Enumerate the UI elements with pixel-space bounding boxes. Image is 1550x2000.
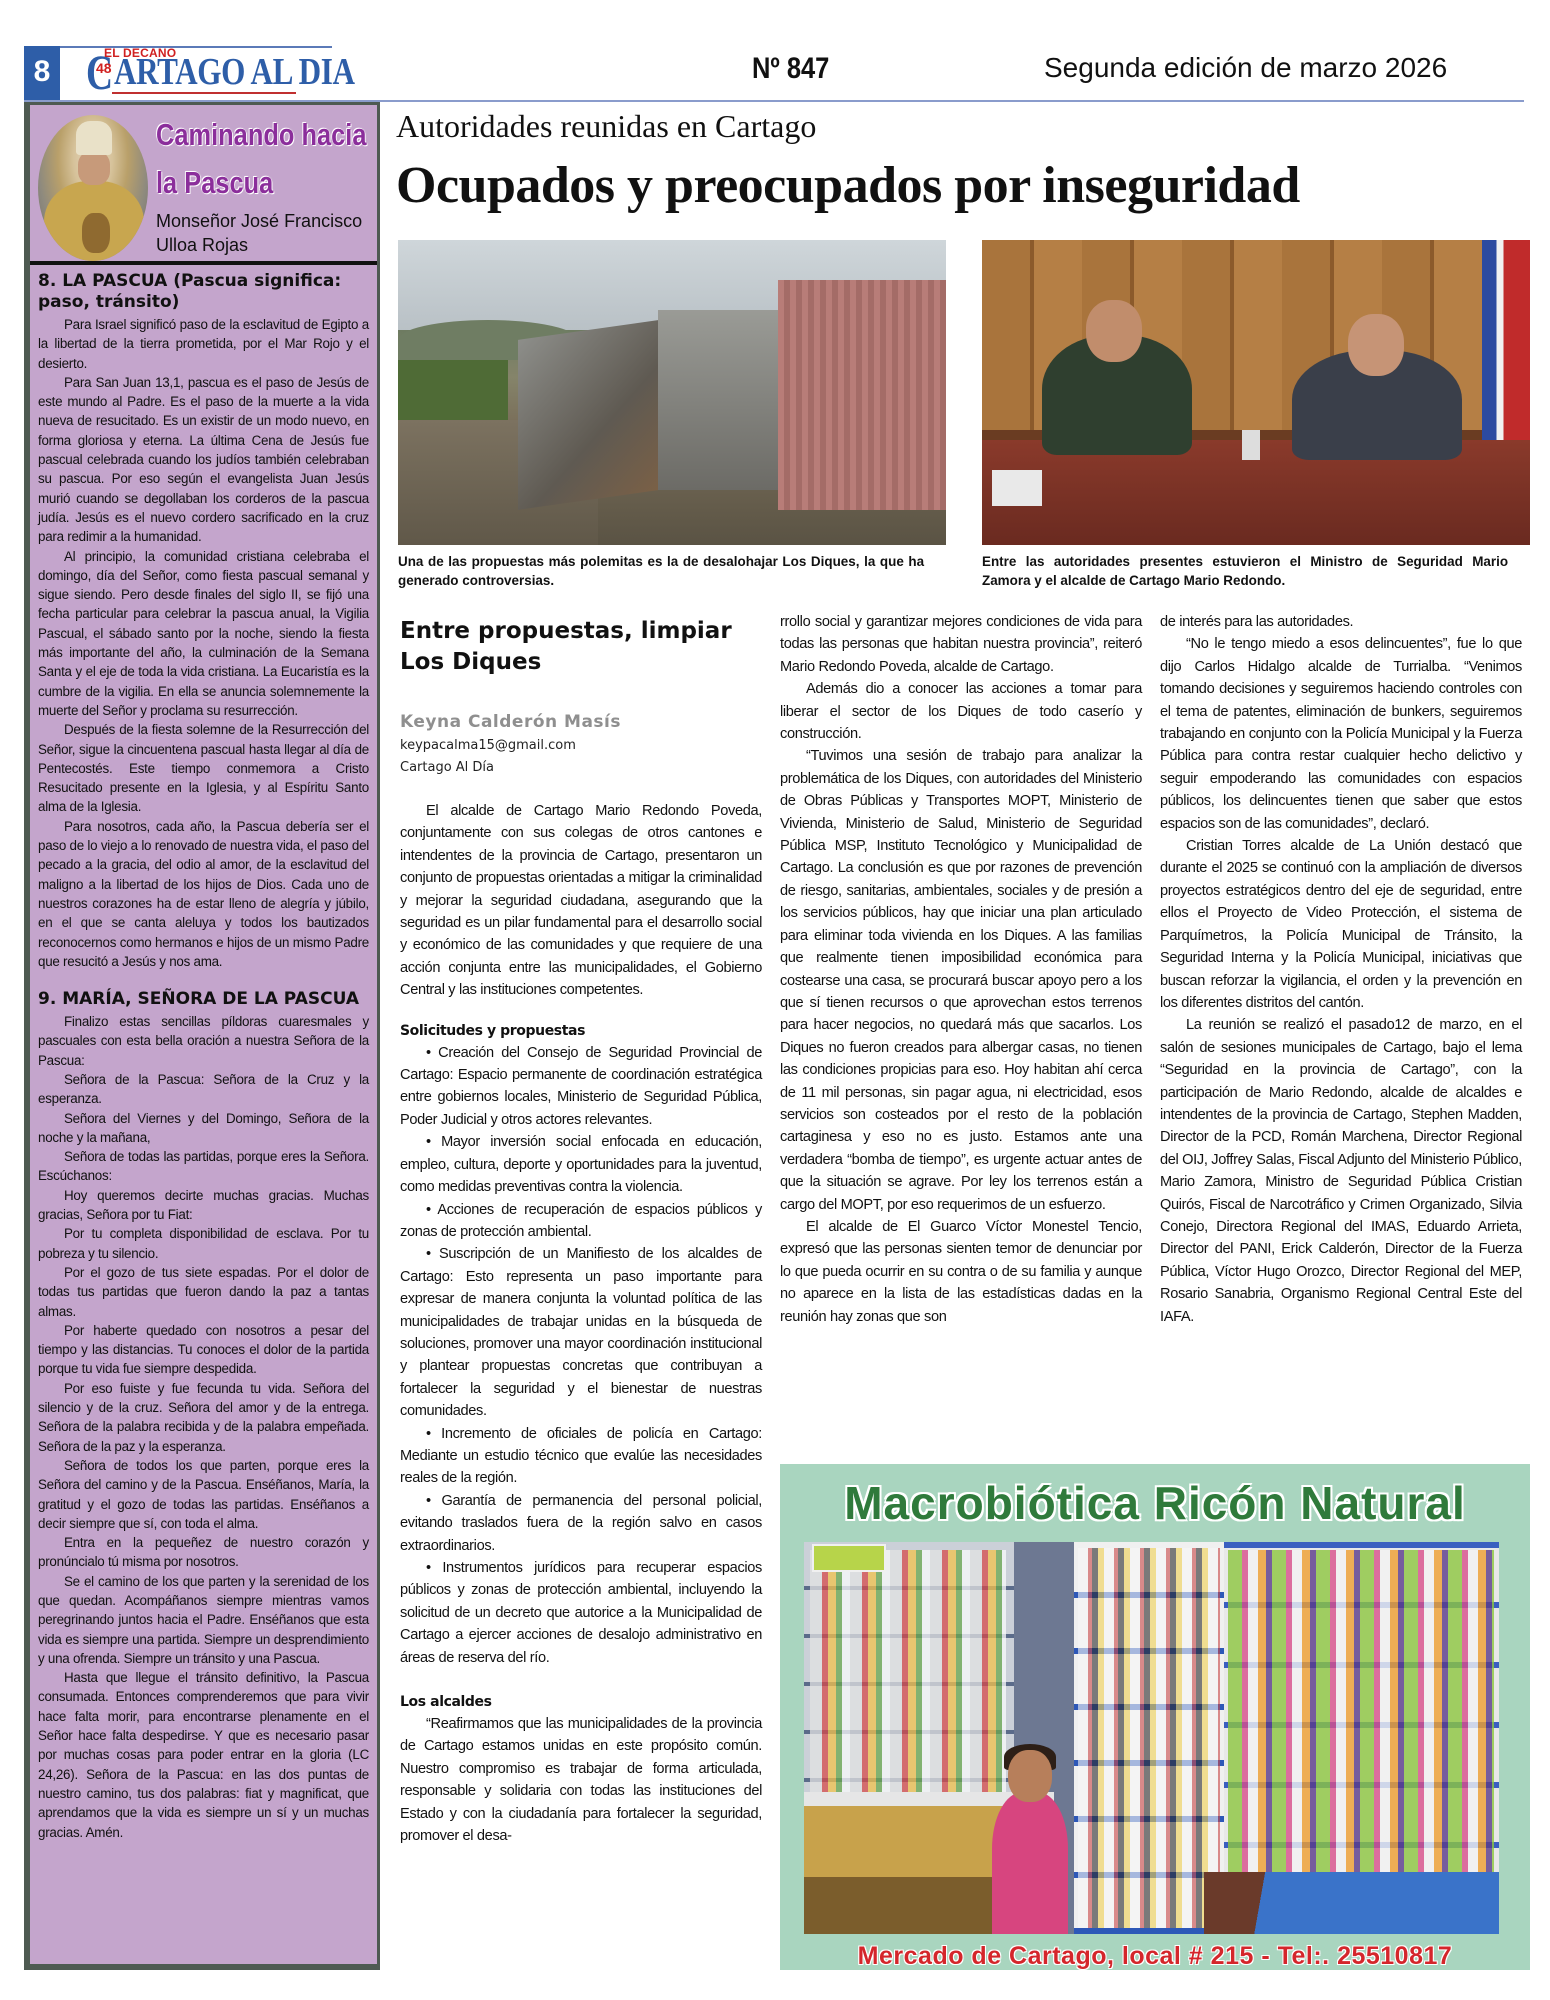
masthead: 8 C 48 EL DECANO ARTAGO AL DIA Nº 847 Se… [24, 22, 1524, 80]
photo-los-diques[interactable] [398, 240, 946, 545]
column-author-line-1: Monseñor José Francisco [156, 209, 381, 233]
page-number: 8 [24, 46, 60, 100]
edition-date: Segunda edición de marzo 2026 [1044, 52, 1447, 84]
paragraph: El alcalde de Cartago Mario Redondo Pove… [400, 800, 762, 1002]
paragraph: Por eso fuiste y fue fecunda tu vida. Se… [38, 1379, 369, 1456]
section-heading: 8. LA PASCUA (Pascua significa: paso, tr… [38, 271, 369, 313]
article-source: Cartago Al Día [400, 760, 494, 775]
paragraph: Para San Juan 13,1, pascua es el paso de… [38, 373, 369, 547]
photo-authorities-meeting[interactable] [982, 240, 1530, 545]
paragraph: Señora de todas las partidas, porque ere… [38, 1147, 369, 1186]
article-kicker: Autoridades reunidas en Cartago [396, 108, 816, 145]
section-heading: 9. MARÍA, SEÑORA DE LA PASCUA [38, 989, 369, 1010]
ad-title: Macrobiótica Ricón Natural [780, 1476, 1530, 1530]
ad-contact-info: Mercado de Cartago, local # 215 - Tel:. … [780, 1942, 1530, 1971]
column-header: Caminando hacia la Pascua Monseñor José … [30, 105, 377, 265]
paragraph: Por el gozo de tus siete espadas. Por el… [38, 1263, 369, 1321]
paragraph: Señora de todos los que parten, porque e… [38, 1456, 369, 1533]
proposal-item: • Incremento de oficiales de policía en … [400, 1423, 762, 1490]
paragraph: “Tuvimos una sesión de trabajo para anal… [780, 745, 1142, 1216]
proposal-item: • Creación del Consejo de Seguridad Prov… [400, 1042, 762, 1132]
column-author-line-2: Ulloa Rojas [156, 233, 381, 257]
paragraph: Hasta que llegue el tránsito definitivo,… [38, 1668, 369, 1842]
proposal-item: • Suscripción de un Manifiesto de los al… [400, 1243, 762, 1422]
paragraph: El alcalde de El Guarco Víctor Monestel … [780, 1216, 1142, 1328]
proposal-item: • Acciones de recuperación de espacios p… [400, 1199, 762, 1244]
paragraph: de interés para las autoridades. [1160, 611, 1522, 633]
paragraph: Señora del Viernes y del Domingo, Señora… [38, 1109, 369, 1148]
paragraph: La reunión se realizó el pasado12 de mar… [1160, 1014, 1522, 1328]
photo-caption: Una de las propuestas más polemitas es l… [398, 552, 924, 590]
paragraph: Se el camino de los que parten y la sere… [38, 1572, 369, 1668]
advertisement[interactable]: Macrobiótica Ricón Natural Mercado de Ca… [780, 1464, 1530, 1970]
paragraph: Por haberte quedado con nosotros a pesar… [38, 1321, 369, 1379]
article-headline[interactable]: Ocupados y preocupados por inseguridad [396, 156, 1300, 215]
paragraph: Cristian Torres alcalde de La Unión dest… [1160, 835, 1522, 1014]
paragraph: “Reafirmamos que las municipalidades de … [400, 1713, 762, 1847]
column-body: 8. LA PASCUA (Pascua significa: paso, tr… [30, 265, 377, 1842]
paragraph: Después de la fiesta solemne de la Resur… [38, 720, 369, 816]
paragraph: Por tu completa disponibilidad de esclav… [38, 1224, 369, 1263]
opinion-column: Caminando hacia la Pascua Monseñor José … [24, 102, 380, 1970]
author-byline: Keyna Calderón Masís [400, 712, 621, 732]
paragraph: “No le tengo miedo a esos delincuentes”,… [1160, 633, 1522, 835]
paragraph: Hoy queremos decirte muchas gracias. Muc… [38, 1186, 369, 1225]
column-title-line-1: Caminando hacia [156, 111, 338, 159]
paragraph: Señora de la Pascua: Señora de la Cruz y… [38, 1070, 369, 1109]
paragraph: rrollo social y garantizar mejores condi… [780, 611, 1142, 678]
section-heading: Los alcaldes [400, 1691, 762, 1713]
logo-name: ARTAGO AL DIA [114, 52, 355, 92]
paragraph: Entra en la pequeñez de nuestro corazón … [38, 1533, 369, 1572]
section-heading: Solicitudes y propuestas [400, 1020, 762, 1042]
column-title: Caminando hacia la Pascua [156, 111, 338, 207]
author-email-link[interactable]: keypacalma15@gmail.com [400, 738, 576, 753]
paragraph: Al principio, la comunidad cristiana cel… [38, 547, 369, 721]
newspaper-logo[interactable]: C 48 EL DECANO ARTAGO AL DIA [84, 42, 344, 96]
column-title-line-2: la Pascua [156, 159, 338, 207]
article-column-2: rrollo social y garantizar mejores condi… [780, 611, 1142, 1328]
paragraph: Finalizo estas sencillas píldoras cuares… [38, 1012, 369, 1070]
article-subhead: Entre propuestas, limpiar Los Diques [400, 616, 740, 678]
proposal-item: • Instrumentos jurídicos para recuperar … [400, 1557, 762, 1669]
vitamins-sign [812, 1544, 886, 1572]
proposal-item: • Garantía de permanencia del personal p… [400, 1490, 762, 1557]
paragraph: Para Israel significó paso de la esclavi… [38, 315, 369, 373]
ad-store-photo [804, 1542, 1499, 1934]
issue-number: Nº 847 [752, 52, 829, 86]
paragraph: Además dio a conocer las acciones a toma… [780, 678, 1142, 745]
logo-underline [112, 92, 296, 94]
proposal-item: • Mayor inversión social enfocada en edu… [400, 1131, 762, 1198]
logo-years-badge: 48 [96, 60, 112, 76]
paragraph: Para nosotros, cada año, la Pascua deber… [38, 817, 369, 971]
photo-caption: Entre las autoridades presentes estuvier… [982, 552, 1508, 590]
column-author: Monseñor José Francisco Ulloa Rojas [156, 209, 381, 257]
author-portrait [38, 115, 148, 261]
article-column-3: de interés para las autoridades. “No le … [1160, 611, 1522, 1328]
article-column-1: El alcalde de Cartago Mario Redondo Pove… [400, 800, 762, 1847]
